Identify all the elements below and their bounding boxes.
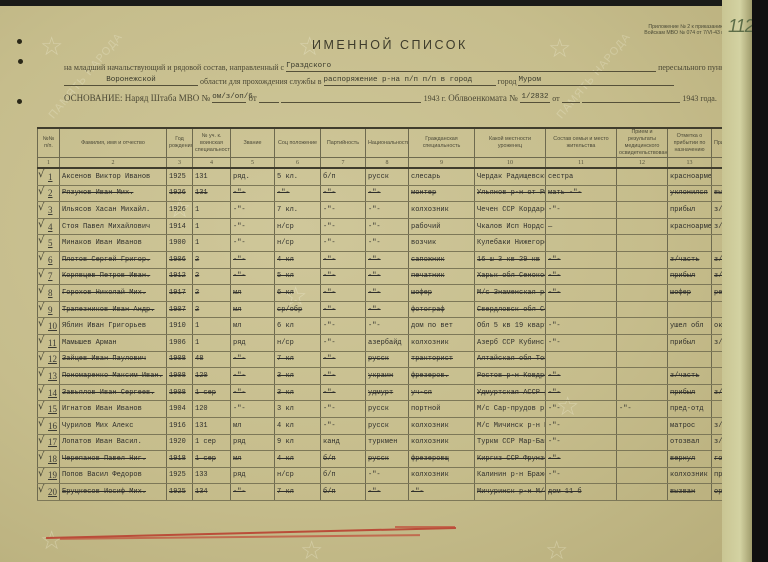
cell-rank: мл: [231, 451, 275, 468]
cell-arrival: отозвал: [668, 434, 712, 451]
col-number: 11: [546, 158, 617, 169]
cell-nationality: -"-: [366, 251, 409, 268]
cell-number: √8: [38, 285, 60, 302]
cell-birth-year: 1912: [167, 268, 193, 285]
cell-medical: [617, 235, 668, 252]
cell-party: б/п: [321, 451, 366, 468]
header-line-2-mid: области для прохождения службы в: [200, 77, 322, 86]
oblvoenkomat-number-value: 1/2832: [521, 93, 548, 101]
cell-name: Чурилов Мих Алекс: [60, 417, 167, 434]
table-row: √19Попов Васил Федоров1925133рядн/срб/п-…: [38, 467, 746, 484]
cell-arrival: [668, 235, 712, 252]
checkmark-icon: √: [38, 169, 44, 180]
col-header-name: Фамилия, имя и отчество: [60, 128, 167, 158]
col-number: 3: [167, 158, 193, 169]
cell-party: -"-: [321, 351, 366, 368]
cell-nationality: -"-: [366, 301, 409, 318]
cell-civil-specialty: колхозник: [409, 434, 475, 451]
cell-origin: Обл 5 кв 19 кварт: [475, 318, 546, 335]
cell-nationality: русск: [366, 401, 409, 418]
cell-nationality: русск: [366, 168, 409, 185]
cell-number: √6: [38, 251, 60, 268]
cell-rank: -"-: [231, 202, 275, 219]
cell-name: Трапезников Иван Андр.: [60, 301, 167, 318]
cell-origin: Чердак Радищевский Исп Ильин: [475, 168, 546, 185]
cell-arrival: вызван: [668, 484, 712, 501]
row-number: 16: [48, 421, 57, 431]
checkmark-icon: √: [38, 468, 44, 479]
row-number: 8: [48, 288, 53, 298]
header-line-1: на младший начальствующий и рядовой сост…: [64, 62, 731, 72]
basis-month-field: [281, 93, 421, 103]
table-body: √1Аксенов Виктор Иванов1925131ряд.5 кл.б…: [38, 168, 746, 500]
cell-civil-specialty: фрезеров.: [409, 368, 475, 385]
cell-rank: ряд: [231, 467, 275, 484]
destination-unit-field: распоряжение р-на п/п п/п в город: [324, 76, 496, 86]
cell-medical: [617, 368, 668, 385]
oblvoenkomat-day-field: [562, 93, 580, 103]
cell-military-specialty: 1: [193, 318, 231, 335]
cell-family: -"-: [546, 434, 617, 451]
cell-social-status: н/ср: [275, 235, 321, 252]
page-title: ИМЕННОЙ СПИСОК: [312, 38, 468, 52]
col-number: 9: [409, 158, 475, 169]
checkmark-icon: √: [38, 235, 44, 246]
checkmark-icon: √: [38, 368, 44, 379]
cell-medical: [617, 268, 668, 285]
cell-name: Игнатов Иван Иванов: [60, 401, 167, 418]
cell-military-specialty: 2: [193, 301, 231, 318]
cell-medical: [617, 168, 668, 185]
cell-number: √4: [38, 218, 60, 235]
cell-military-specialty: 131: [193, 168, 231, 185]
cell-civil-specialty: шофер: [409, 285, 475, 302]
cell-military-specialty: 1: [193, 334, 231, 351]
cell-social-status: 7 кл: [275, 484, 321, 501]
cell-social-status: 3 кл: [275, 384, 321, 401]
col-header-nationality: Национальность: [366, 128, 409, 158]
cell-rank: -"-: [231, 185, 275, 202]
cell-military-specialty: 2: [193, 285, 231, 302]
col-header-party: Партийность: [321, 128, 366, 158]
table-row: √16Чурилов Мих Алекс1916131мл4 кл-"-русс…: [38, 417, 746, 434]
cell-military-specialty: 1 сер: [193, 451, 231, 468]
table-row: √7Корявцев Петров Иван.19122-"-5 кл-"--"…: [38, 268, 746, 285]
row-number: 2: [48, 188, 53, 198]
oblast-field: Воронежской: [64, 76, 198, 86]
cell-nationality: туркмен: [366, 434, 409, 451]
cell-origin: Кулебаки Нижегородской Гразного: [475, 235, 546, 252]
binder-hole: [18, 59, 23, 64]
cell-rank: мл: [231, 285, 275, 302]
cell-arrival: красноармеец: [668, 218, 712, 235]
cell-medical: [617, 185, 668, 202]
cell-arrival: вернул: [668, 451, 712, 468]
cell-medical: [617, 301, 668, 318]
order-number-field: ом/з/оп/6: [212, 93, 246, 103]
cell-number: √13: [38, 368, 60, 385]
row-number: 20: [48, 487, 57, 497]
cell-party: -"-: [321, 202, 366, 219]
basis-label: ОСНОВАНИЕ: Наряд Штаба МВО №: [64, 93, 210, 103]
cell-birth-year: 1925: [167, 484, 193, 501]
cell-civil-specialty: колхозник: [409, 334, 475, 351]
cell-party: -"-: [321, 334, 366, 351]
cell-medical: [617, 417, 668, 434]
destination-unit-value: распоряжение р-на п/п п/п в город: [324, 76, 473, 84]
col-header-medical: Прием и результаты медицинского освидете…: [617, 128, 668, 158]
col-header-civil-specialty: Гражданская специальность: [409, 128, 475, 158]
cell-birth-year: 1925: [167, 168, 193, 185]
cell-medical: [617, 484, 668, 501]
cell-party: -"-: [321, 235, 366, 252]
col-header-military-specialty: № уч. к. воинская специальность: [193, 128, 231, 158]
table-row: √15Игнатов Иван Иванов1904120-"-3 кл-"-р…: [38, 401, 746, 418]
cell-family: -"-: [546, 251, 617, 268]
cell-number: √3: [38, 202, 60, 219]
cell-arrival: прибыл: [668, 202, 712, 219]
cell-party: б/п: [321, 484, 366, 501]
origin-point-value: Граздского: [286, 62, 331, 70]
cell-nationality: удмурт: [366, 384, 409, 401]
appendix-note: Приложение № 2 к приказанию Войскам МВО …: [614, 24, 724, 36]
cell-rank: мл: [231, 318, 275, 335]
cell-rank: -"-: [231, 401, 275, 418]
cell-arrival: прибыл: [668, 334, 712, 351]
cell-civil-specialty: рабочий: [409, 218, 475, 235]
col-number: 6: [275, 158, 321, 169]
basis-year-suffix: 1943 г.: [424, 94, 446, 103]
cell-arrival: прибыл: [668, 384, 712, 401]
cell-civil-specialty: колхозник: [409, 417, 475, 434]
cell-medical: [617, 351, 668, 368]
checkmark-icon: √: [38, 451, 44, 462]
table-row: √13Пономаренко Максим Иван.1908120-"-3 к…: [38, 368, 746, 385]
cell-social-status: 3 кл: [275, 401, 321, 418]
row-number: 18: [48, 454, 57, 464]
col-header-rank: Звание: [231, 128, 275, 158]
cell-social-status: 7 кл: [275, 351, 321, 368]
cell-family: сестра: [546, 168, 617, 185]
red-strikethrough: [395, 526, 455, 528]
cell-origin: Туркм ССР Мар-Байрам р-н: [475, 434, 546, 451]
col-number: 2: [60, 158, 167, 169]
cell-name: Ильясов Хасан Михайл.: [60, 202, 167, 219]
col-number: 8: [366, 158, 409, 169]
row-number: 1: [48, 172, 53, 182]
row-number: 6: [48, 255, 53, 265]
cell-social-status: н/ср: [275, 218, 321, 235]
row-number: 3: [48, 205, 53, 215]
cell-social-status: н/ср: [275, 334, 321, 351]
watermark-star-icon: ☆: [545, 536, 568, 562]
header-line-3: ОСНОВАНИЕ: Наряд Штаба МВО № ом/з/оп/6 о…: [64, 93, 717, 103]
cell-civil-specialty: фрезеровщ: [409, 451, 475, 468]
basis-day-field: [259, 93, 279, 103]
watermark-star-icon: ☆: [40, 526, 63, 556]
cell-rank: -"-: [231, 268, 275, 285]
cell-civil-specialty: тракторист: [409, 351, 475, 368]
cell-civil-specialty: дом по вет: [409, 318, 475, 335]
cell-military-specialty: 1: [193, 235, 231, 252]
cell-birth-year: 1900: [167, 235, 193, 252]
table-row: √10Яблин Иван Григорьев19101мл6 кл-"--"-…: [38, 318, 746, 335]
table-row: √6Плотов Сергей Григор.19062-"-4 кл-"--"…: [38, 251, 746, 268]
table-row: √17Лопатов Иван Васил.19201 серряд9 клка…: [38, 434, 746, 451]
cell-birth-year: 1916: [167, 417, 193, 434]
cell-party: -"-: [321, 218, 366, 235]
cell-number: √9: [38, 301, 60, 318]
cell-origin: М/с Сар-прудов р-н Куркинов: [475, 401, 546, 418]
cell-name: Черепанов Павел Ниг.: [60, 451, 167, 468]
cell-number: √5: [38, 235, 60, 252]
cell-family: [546, 351, 617, 368]
cell-nationality: азербайд: [366, 334, 409, 351]
cell-birth-year: 1906: [167, 251, 193, 268]
cell-origin: Ростов р-н Ковдро 23: [475, 368, 546, 385]
cell-party: -"-: [321, 368, 366, 385]
cell-social-status: 4 кл: [275, 451, 321, 468]
checkmark-icon: √: [38, 219, 44, 230]
binder-hole: [17, 39, 22, 44]
cell-family: -"-: [546, 318, 617, 335]
cell-origin: Мичуринск р-н М/с Сунгурово: [475, 484, 546, 501]
cell-social-status: 9 кл: [275, 434, 321, 451]
order-number-value: ом/з/оп/6: [212, 93, 253, 101]
checkmark-icon: √: [38, 435, 44, 446]
cell-family: [546, 235, 617, 252]
col-number: 5: [231, 158, 275, 169]
cell-social-status: 3 кл: [275, 368, 321, 385]
cell-birth-year: 1926: [167, 202, 193, 219]
table-row: √9Трапезников Иван Андр.19072млср/обр-"-…: [38, 301, 746, 318]
watermark-star-icon: ☆: [300, 536, 323, 562]
cell-family: -"-: [546, 368, 617, 385]
checkmark-icon: √: [38, 302, 44, 313]
handwritten-page-number: 112: [728, 16, 754, 37]
cell-party: -"-: [321, 318, 366, 335]
row-number: 19: [48, 470, 57, 480]
cell-military-specialty: 133: [193, 467, 231, 484]
row-number: 15: [48, 404, 57, 414]
cell-social-status: н/ср: [275, 467, 321, 484]
table-row: √4Стоя Павел Михайлович19141-"-н/ср-"--"…: [38, 218, 746, 235]
cell-military-specialty: 120: [193, 368, 231, 385]
checkmark-icon: √: [38, 285, 44, 296]
cell-family: -"-: [546, 384, 617, 401]
cell-military-specialty: 131: [193, 185, 231, 202]
cell-civil-specialty: сапожник: [409, 251, 475, 268]
table-row: √5Минаков Иван Иванов19001-"-н/ср-"--"-в…: [38, 235, 746, 252]
cell-rank: ряд.: [231, 168, 275, 185]
col-number: 7: [321, 158, 366, 169]
cell-military-specialty: 134: [193, 484, 231, 501]
cell-origin: М/с Мичинск р-н Малые Саринско: [475, 417, 546, 434]
cell-birth-year: 1917: [167, 285, 193, 302]
cell-nationality: -"-: [366, 218, 409, 235]
row-number: 9: [48, 305, 53, 315]
cell-medical: [617, 334, 668, 351]
cell-family: дом 11 б: [546, 484, 617, 501]
scan-border: [752, 0, 768, 562]
cell-civil-specialty: монтер: [409, 185, 475, 202]
cell-number: √11: [38, 334, 60, 351]
cell-origin: Калинин р-н Бражское Афанасьева: [475, 467, 546, 484]
table-column-numbers-row: 1 2 3 4 5 6 7 8 9 10 11 12 13 14: [38, 158, 746, 169]
cell-name: Зайцев Иван Паулович: [60, 351, 167, 368]
cell-family: -"-: [546, 451, 617, 468]
cell-birth-year: 1908: [167, 351, 193, 368]
row-number: 7: [48, 271, 53, 281]
cell-name: Мамышев Арман: [60, 334, 167, 351]
cell-military-specialty: 48: [193, 351, 231, 368]
cell-rank: ряд: [231, 434, 275, 451]
oblvoenkomat-label: Облвоенкомата №: [448, 93, 517, 103]
cell-social-status: 6 кл: [275, 285, 321, 302]
cell-nationality: русск: [366, 417, 409, 434]
row-number: 12: [48, 354, 57, 364]
cell-number: √10: [38, 318, 60, 335]
cell-party: б/п: [321, 168, 366, 185]
table-row: √2Рязунов Иван Мих.1926131-"--"--"--"-мо…: [38, 185, 746, 202]
table-row: √20Бруцкесов Иосиф Мих.1925134-"-7 клб/п…: [38, 484, 746, 501]
cell-civil-specialty: портной: [409, 401, 475, 418]
table-row: √14Завьялов Иван Сергеев.19081 сер-"-3 к…: [38, 384, 746, 401]
table-row: √11Мамышев Арман19061рядн/ср-"-азербайдк…: [38, 334, 746, 351]
cell-military-specialty: 1 сер: [193, 384, 231, 401]
cell-number: √20: [38, 484, 60, 501]
cell-family: —: [546, 218, 617, 235]
col-header-family: Состав семьи и место жительства: [546, 128, 617, 158]
cell-origin: Киргиз ССР Фрунзе Перфильева 118: [475, 451, 546, 468]
cell-family: -"-: [546, 334, 617, 351]
cell-medical: -"-: [617, 401, 668, 418]
cell-military-specialty: 131: [193, 417, 231, 434]
cell-party: -"-: [321, 301, 366, 318]
table-row: √8Горохов Николай Мих.19172мл6 кл-"--"-ш…: [38, 285, 746, 302]
row-number: 14: [48, 388, 57, 398]
cell-origin: Харьк обл Сенокосовка р-н: [475, 268, 546, 285]
oblvoenkomat-number-field: 1/2832: [520, 93, 550, 103]
row-number: 13: [48, 371, 57, 381]
checkmark-icon: √: [38, 318, 44, 329]
cell-medical: [617, 451, 668, 468]
cell-number: √7: [38, 268, 60, 285]
cell-name: Горохов Николай Мих.: [60, 285, 167, 302]
cell-origin: Азерб ССР Кубинского р-н: [475, 334, 546, 351]
watermark-star-icon: ☆: [40, 32, 63, 62]
cell-rank: -"-: [231, 351, 275, 368]
col-number: 4: [193, 158, 231, 169]
cell-social-status: -"-: [275, 185, 321, 202]
cell-birth-year: 1908: [167, 384, 193, 401]
checkmark-icon: √: [38, 401, 44, 412]
cell-rank: мл: [231, 417, 275, 434]
cell-party: -"-: [321, 185, 366, 202]
checkmark-icon: √: [38, 186, 44, 197]
cell-party: -"-: [321, 384, 366, 401]
cell-party: б/п: [321, 467, 366, 484]
cell-nationality: -"-: [366, 318, 409, 335]
cell-nationality: украин: [366, 368, 409, 385]
cell-origin: Чкалов Исп Нордск д 134 имен: [475, 218, 546, 235]
cell-medical: [617, 218, 668, 235]
cell-origin: Удмуртская АССР р-н Гужино: [475, 384, 546, 401]
cell-family: -"-: [546, 202, 617, 219]
cell-civil-specialty: печатник: [409, 268, 475, 285]
page-edge: [722, 0, 752, 562]
cell-military-specialty: 1 сер: [193, 434, 231, 451]
cell-birth-year: 1920: [167, 434, 193, 451]
col-header-arrival: Отметка о прибытии по назначению: [668, 128, 712, 158]
city-label: город: [498, 77, 517, 86]
col-number: 13: [668, 158, 712, 169]
row-number: 11: [48, 338, 57, 348]
cell-family: -"-: [546, 417, 617, 434]
cell-medical: [617, 202, 668, 219]
cell-family: -"-: [546, 268, 617, 285]
cell-arrival: пред-отд: [668, 401, 712, 418]
cell-name: Яблин Иван Григорьев: [60, 318, 167, 335]
cell-family: -"-: [546, 401, 617, 418]
cell-birth-year: 1907: [167, 301, 193, 318]
cell-rank: -"-: [231, 235, 275, 252]
cell-name: Корявцев Петров Иван.: [60, 268, 167, 285]
cell-origin: Ульянов р-н от Рышкова: [475, 185, 546, 202]
checkmark-icon: √: [38, 252, 44, 263]
cell-civil-specialty: колхозник: [409, 202, 475, 219]
watermark-star-icon: ☆: [548, 34, 571, 64]
col-header-birth-year: Год рождения: [167, 128, 193, 158]
cell-family: мать -"-: [546, 185, 617, 202]
oblvoenkomat-month-field: [582, 93, 680, 103]
cell-party: канд: [321, 434, 366, 451]
col-header-social-status: Соц положение: [275, 128, 321, 158]
cell-name: Плотов Сергей Григор.: [60, 251, 167, 268]
cell-nationality: -"-: [366, 467, 409, 484]
cell-arrival: прибыл: [668, 268, 712, 285]
cell-name: Попов Васил Федоров: [60, 467, 167, 484]
cell-number: √18: [38, 451, 60, 468]
cell-rank: -"-: [231, 484, 275, 501]
cell-number: √12: [38, 351, 60, 368]
cell-social-status: 6 кл: [275, 318, 321, 335]
cell-arrival: колхозник: [668, 467, 712, 484]
table-row: √3Ильясов Хасан Михайл.19261-"-7 кл.-"--…: [38, 202, 746, 219]
checkmark-icon: √: [38, 385, 44, 396]
cell-nationality: русск: [366, 351, 409, 368]
cell-military-specialty: 120: [193, 401, 231, 418]
cell-name: Завьялов Иван Сергеев.: [60, 384, 167, 401]
cell-military-specialty: 1: [193, 218, 231, 235]
cell-civil-specialty: возчик: [409, 235, 475, 252]
cell-origin: 16 ш 3 кв 29 кв: [475, 251, 546, 268]
checkmark-icon: √: [38, 418, 44, 429]
cell-name: Стоя Павел Михайлович: [60, 218, 167, 235]
cell-birth-year: 1908: [167, 368, 193, 385]
col-number: 1: [38, 158, 60, 169]
cell-medical: [617, 251, 668, 268]
cell-origin: Чечен ССР Кордароровский р-н: [475, 202, 546, 219]
cell-arrival: [668, 351, 712, 368]
cell-social-status: 5 кл.: [275, 168, 321, 185]
cell-civil-specialty: слесарь: [409, 168, 475, 185]
cell-rank: -"-: [231, 368, 275, 385]
cell-birth-year: 1904: [167, 401, 193, 418]
cell-party: -"-: [321, 268, 366, 285]
cell-rank: -"-: [231, 251, 275, 268]
cell-civil-specialty: -"-: [409, 484, 475, 501]
